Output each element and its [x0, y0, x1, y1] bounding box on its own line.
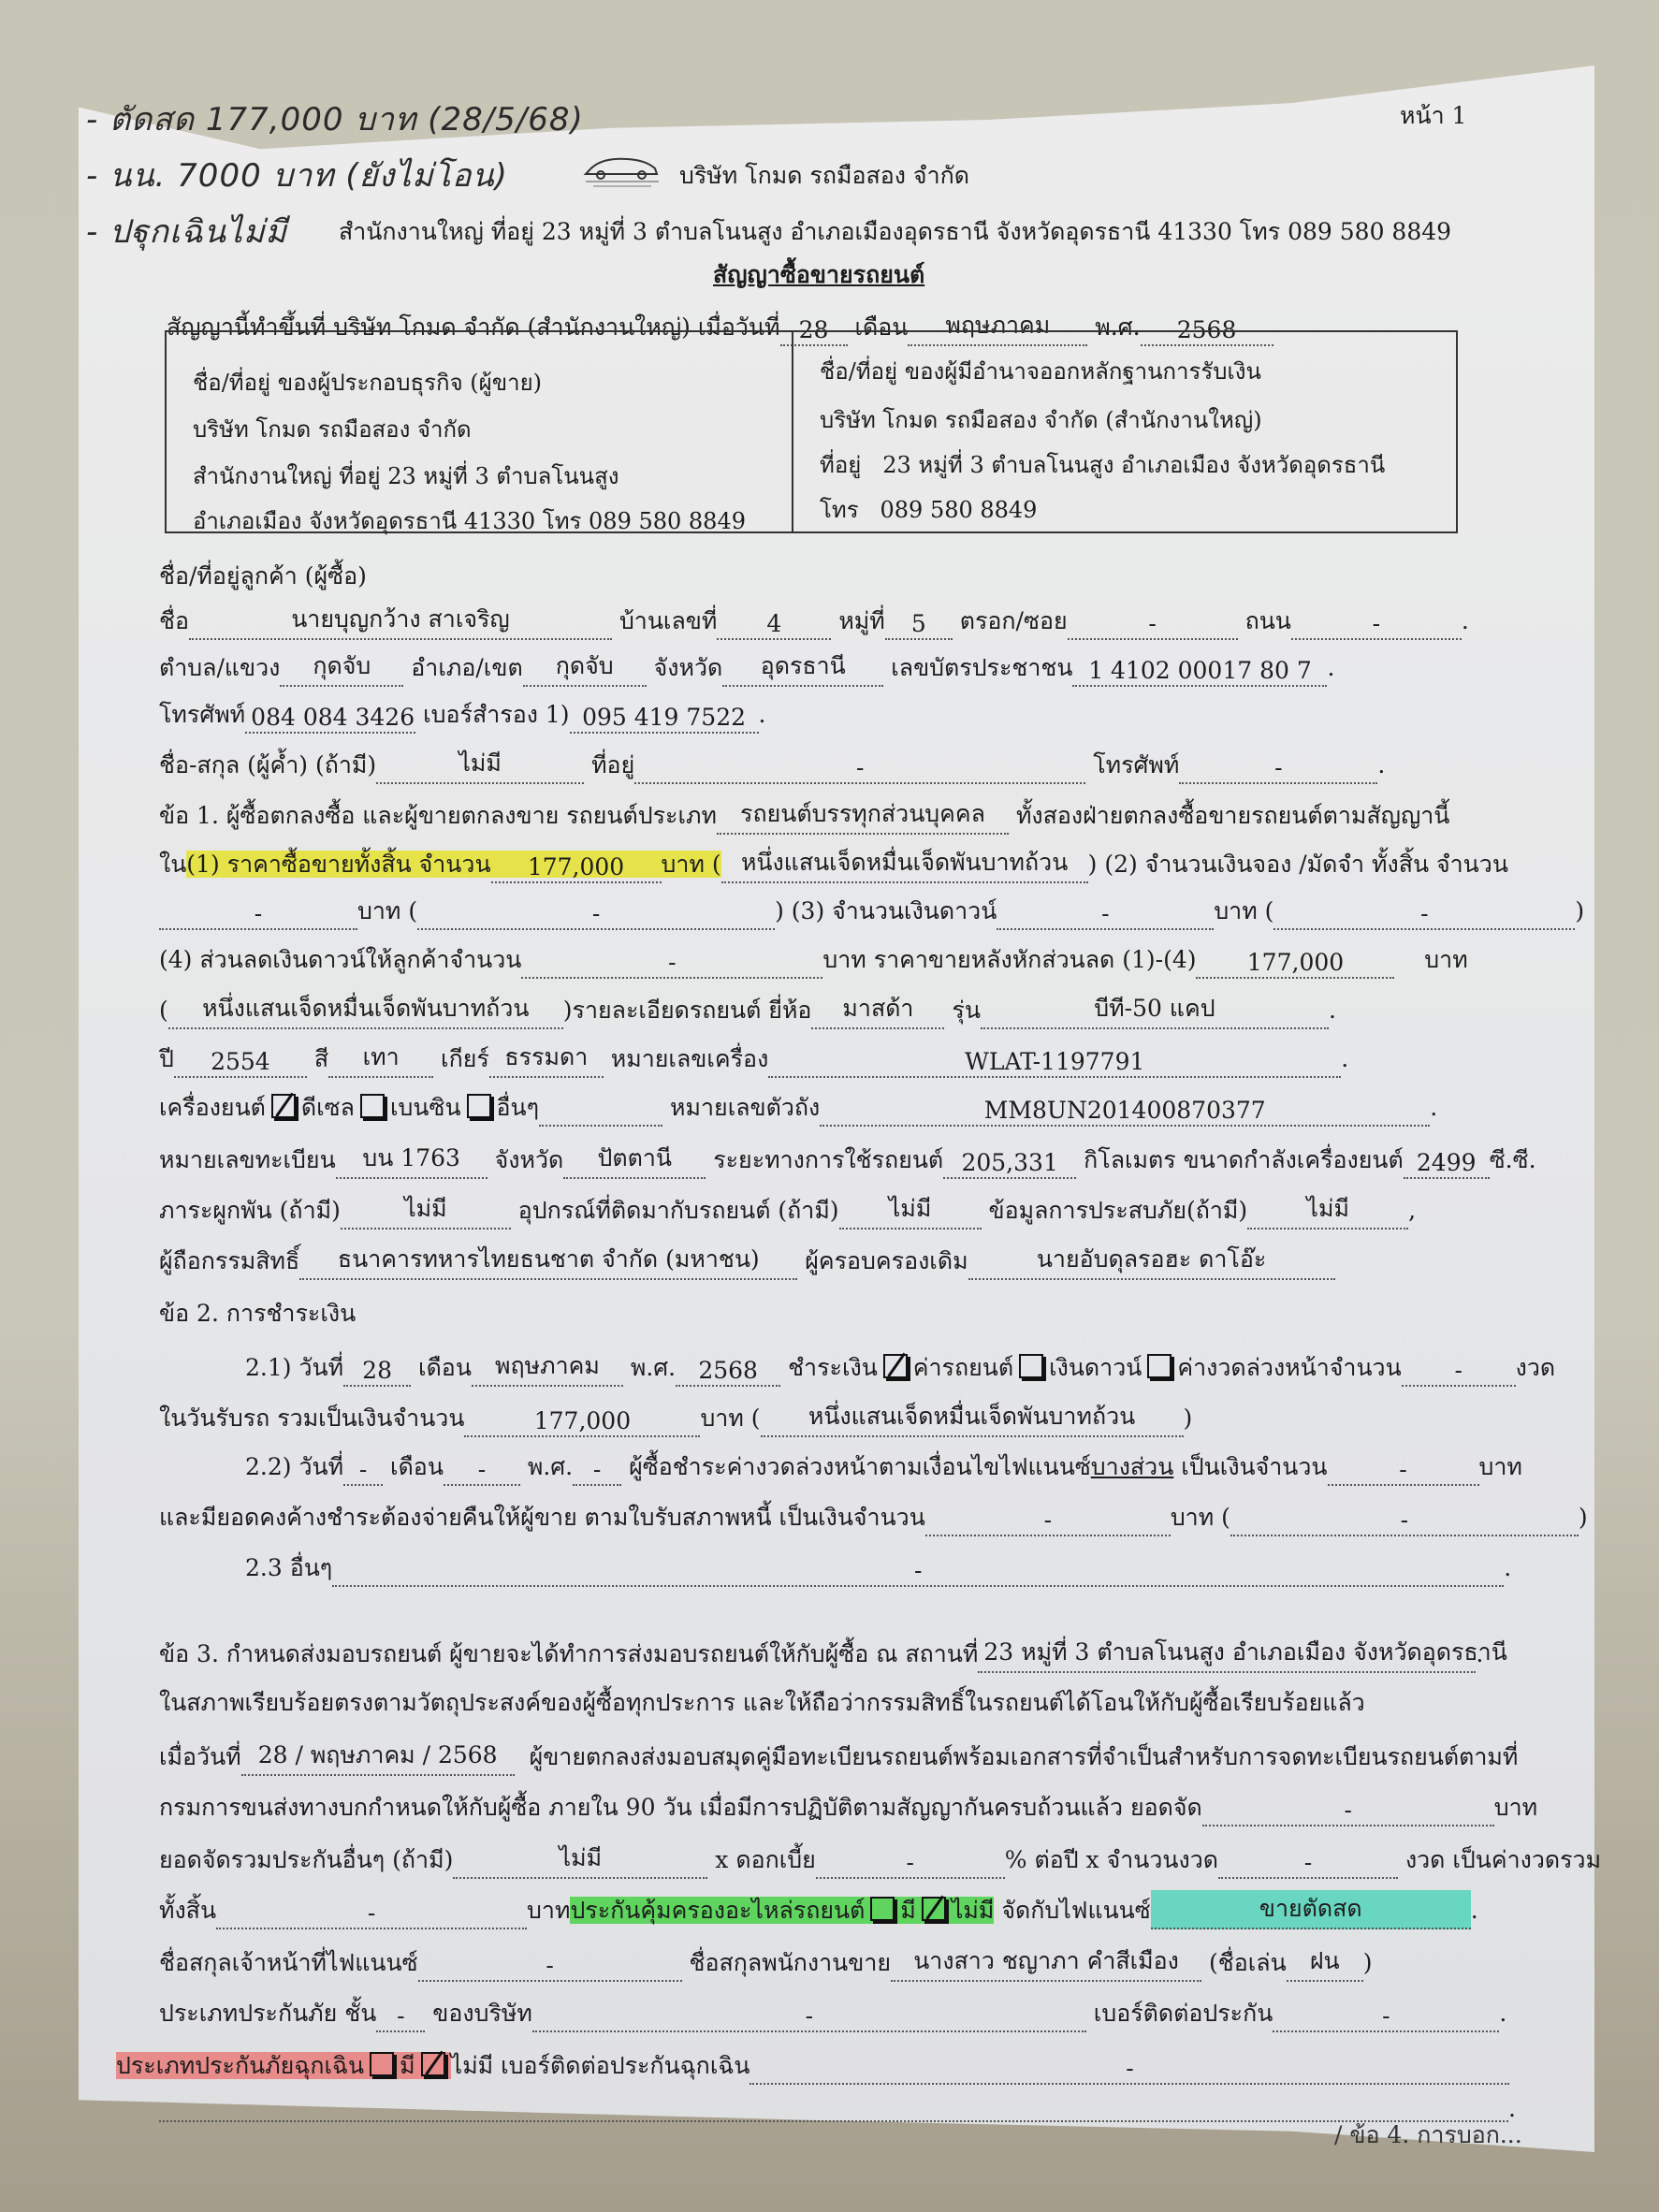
vehicle-color: เทา [328, 1039, 433, 1078]
total-on-delivery: 177,000 [464, 1407, 700, 1437]
blank-line [159, 2092, 1508, 2122]
salesperson: นางสาว ชญาภา คำสีเมือง [891, 1943, 1201, 1982]
finance-company: ขายตัดสด [1151, 1890, 1471, 1929]
previous-holder: นายอับดุลรอฮะ ดาโอ๊ะ [968, 1241, 1335, 1280]
guarantor-name: ไม่มี [376, 745, 584, 784]
sale-price-words: หนึ่งแสนเจ็ดหมื่นเจ็ดพันบาทถ้วน [721, 844, 1088, 883]
mileage: 205,331 [943, 1149, 1076, 1179]
discount-amount: - [521, 949, 822, 979]
vehicle-type: รถยนต์บรรทุกส่วนบุคคล [717, 795, 1009, 835]
buyer-id-number: 1 4102 00017 80 7 [1072, 657, 1327, 687]
company-logo [580, 152, 664, 189]
clause2-3-line: 2.3 อื่นๆ-. [245, 1550, 1511, 1587]
finance-amount: - [1202, 1797, 1494, 1826]
company-name: บริษัท โกมด รถมือสอง จำกัด [679, 157, 969, 195]
advance-amount: - [1328, 1456, 1479, 1486]
buyer-phone-line: โทรศัพท์084 084 3426 เบอร์สำรอง 1)095 41… [159, 696, 766, 734]
handwritten-note-1: - ตัดสด 177,000 บาท (28/5/68) [86, 94, 584, 144]
payment-day: 28 [343, 1357, 411, 1387]
clause3-officer-line: ชื่อสกุลเจ้าหน้าที่ไฟแนนซ์- ชื่อสกุลพนัก… [159, 1943, 1372, 1982]
clause3-date-line: เมื่อวันที่28 / พฤษภาคม / 2568 ผู้ขายตกล… [159, 1737, 1518, 1776]
clause1-discount-line: (4) ส่วนลดเงินดาวน์ให้ลูกค้าจำนวน-บาท รา… [159, 941, 1468, 979]
clause1-encumbrance-line: ภาระผูกพัน (ถ้ามี)ไม่มี อุปกรณ์ที่ติดมาก… [159, 1190, 1416, 1230]
buyer-road: - [1291, 610, 1462, 640]
number-of-installments: - [1218, 1849, 1398, 1879]
pay-down-payment-checkbox[interactable] [1019, 1354, 1043, 1378]
vehicle-model: บีที-50 แคป [981, 990, 1329, 1029]
fuel-other-checkbox[interactable] [467, 1094, 491, 1118]
total-on-delivery-words: หนึ่งแสนเจ็ดหมื่นเจ็ดพันบาทถ้วน [761, 1398, 1184, 1437]
emergency-insurance-highlight: ประเภทประกันภัยฉุกเฉินมี [116, 2052, 451, 2079]
emergency-insurance-yes-checkbox[interactable] [370, 2052, 394, 2076]
seller-info: ชื่อ/ที่อยู่ ของผู้ประกอบธุรกิจ (ผู้ขาย)… [167, 332, 793, 531]
insurance-contact: - [1273, 2002, 1499, 2032]
buyer-phone: 084 084 3426 [245, 704, 415, 734]
vehicle-year: 2554 [174, 1048, 307, 1078]
net-price: 177,000 [1196, 949, 1394, 979]
clause3-intro: ข้อ 3. กำหนดส่งมอบรถยนต์ ผู้ขายจะได้ทำกา… [159, 1634, 1483, 1673]
parts-insurance-no-checkbox[interactable] [922, 1897, 946, 1921]
outstanding-words: - [1230, 1506, 1579, 1536]
sale-price: 177,000 [491, 853, 662, 883]
price-highlight: (1) ราคาซื้อขายทั้งสิ้น จำนวน177,000บาท … [186, 851, 720, 878]
pay-car-price-checkbox[interactable] [883, 1354, 908, 1378]
payment-year: 2568 [676, 1357, 780, 1387]
deposit-amount: - [159, 900, 357, 930]
party-info-box: ชื่อ/ที่อยู่ ของผู้ประกอบธุรกิจ (ผู้ขาย)… [165, 330, 1458, 533]
buyer-district: กุดจับ [523, 648, 647, 687]
delivery-date: 28 / พฤษภาคม / 2568 [241, 1737, 515, 1776]
buyer-subdistrict: กุดจับ [280, 648, 403, 687]
head-office-address: สำนักงานใหญ่ ที่อยู่ 23 หมู่ที่ 3 ตำบลโน… [339, 213, 1451, 251]
continued-label: / ข้อ 4. การบอก... [1334, 2117, 1522, 2154]
buyer-alt-phone: 095 419 7522 [570, 704, 759, 734]
clause1-deposit-line: -บาท (-) (3) จำนวนเงินดาวน์-บาท (-) [159, 893, 1584, 930]
accessories: ไม่มี [839, 1190, 982, 1230]
emergency-contact: - [749, 2055, 1509, 2085]
clause1-owner-line: ผู้ถือกรรมสิทธิ์ธนาคารทหารไทยธนชาต จำกัด… [159, 1241, 1335, 1280]
pay-advance-installment-checkbox[interactable] [1147, 1354, 1171, 1378]
clause3-insurance-line: ประเภทประกันภัย ชั้น- ของบริษัท- เบอร์ติ… [159, 1995, 1506, 2032]
down-payment: - [997, 900, 1214, 930]
delivery-place: 23 หมู่ที่ 3 ตำบลโนนสูง อำเภอเมือง จังหว… [978, 1634, 1476, 1673]
engine-number: WLAT-1197791 [768, 1048, 1341, 1078]
handwritten-note-3: - ปฐุกเฉินไม่มี [86, 206, 287, 256]
fuel-benzine-checkbox[interactable] [360, 1094, 385, 1118]
buyer-address-line: ตำบล/แขวงกุดจับ อำเภอ/เขตกุดจับ จังหวัดอ… [159, 648, 1334, 687]
advance-installments: - [1402, 1357, 1516, 1387]
guarantor-phone: - [1179, 754, 1377, 784]
ownership-holder: ธนาคารทหารไทยธนชาต จำกัด (มหาชน) [299, 1241, 797, 1280]
other-insurance: ไม่มี [453, 1840, 707, 1879]
clause1-plate-line: หมายเลขทะเบียนบน 1763 จังหวัดปัตตานี ระย… [159, 1140, 1536, 1179]
buyer-section-title: ชื่อ/ที่อยู่ลูกค้า (ผู้ซื้อ) [159, 558, 367, 595]
payment-month: พฤษภาคม [472, 1347, 623, 1387]
parts-insurance-yes-checkbox[interactable] [870, 1897, 895, 1921]
guarantor-address: - [634, 754, 1085, 784]
clause3-interest-line: ยอดจัดรวมประกันอื่นๆ (ถ้ามี)ไม่มี x ดอกเ… [159, 1840, 1601, 1879]
buyer-name-line: ชื่อนายบุญกว้าง สาเจริญ บ้านเลขที่4 หมู่… [159, 601, 1469, 640]
engine-cc: 2499 [1404, 1149, 1490, 1179]
parts-insurance-highlight: ประกันคุ้มครองอะไหล่รถยนต์มีไม่มี [570, 1897, 994, 1924]
net-price-words: หนึ่งแสนเจ็ดหมื่นเจ็ดพันบาทถ้วน [168, 990, 563, 1029]
guarantor-line: ชื่อ-สกุล (ผู้ค้ำ) (ถ้ามี)ไม่มี ที่อยู่-… [159, 745, 1385, 784]
document-title: สัญญาซื้อขายรถยนต์ [713, 256, 924, 294]
receipt-issuer-info: ชื่อ/ที่อยู่ ของผู้มีอำนาจออกหลักฐานการร… [793, 332, 1456, 531]
plate-province: ปัตตานี [563, 1140, 706, 1179]
clause2-2-line: 2.2) วันที่- เดือน- พ.ศ.- ผู้ซื้อชำระค่า… [245, 1448, 1522, 1486]
plate-number: บน 1763 [336, 1140, 488, 1179]
encumbrance: ไม่มี [341, 1190, 511, 1230]
clause2-title: ข้อ 2. การชำระเงิน [159, 1295, 356, 1332]
outstanding-amount: - [925, 1506, 1171, 1536]
deposit-words: - [417, 900, 775, 930]
accident-info: ไม่มี [1247, 1190, 1408, 1230]
buyer-name: นายบุญกว้าง สาเจริญ [189, 601, 612, 640]
car-logo-icon [580, 152, 664, 189]
handwritten-note-2: - นน. 7000 บาท (ยังไม่โอน) [86, 150, 508, 200]
vehicle-gear: ธรรมดา [489, 1039, 604, 1078]
clause3-line4: กรมการขนส่งทางบกกำหนดให้กับผู้ซื้อ ภายใน… [159, 1789, 1537, 1826]
clause1-intro: ข้อ 1. ผู้ซื้อตกลงซื้อ และผู้ขายตกลงขาย … [159, 795, 1449, 835]
buyer-province: อุดรธานี [722, 648, 883, 687]
insurance-class: - [376, 2002, 425, 2032]
salesperson-nickname: ฝน [1287, 1943, 1363, 1982]
installment-total: - [216, 1899, 527, 1929]
clause2-outstanding-line: และมียอดคงค้างชำระต้องจ่ายคืนให้ผู้ขาย ต… [159, 1499, 1588, 1536]
clause3-emergency-line: ประเภทประกันภัยฉุกเฉินมีไม่มี เบอร์ติดต่… [116, 2047, 1509, 2085]
buyer-soi: - [1068, 610, 1238, 640]
clause3-line2: ในสภาพเรียบร้อยตรงตามวัตถุประสงค์ของผู้ซ… [159, 1684, 1365, 1722]
fuel-diesel-checkbox[interactable] [271, 1094, 296, 1118]
other-payment: - [332, 1557, 1504, 1587]
clause1-price-line: ใน(1) ราคาซื้อขายทั้งสิ้น จำนวน177,000บา… [159, 844, 1508, 883]
clause3-parts-insurance-line: ทั้งสิ้น-บาทประกันคุ้มครองอะไหล่รถยนต์มี… [159, 1890, 1478, 1929]
clause2-total-line: ในวันรับรถ รวมเป็นเงินจำนวน177,000บาท (ห… [159, 1398, 1192, 1437]
clause1-fuel-line: เครื่องยนต์ดีเซลเบนซินอื่นๆ หมายเลขตัวถั… [159, 1089, 1437, 1127]
interest-rate: - [816, 1849, 1005, 1879]
finance-officer: - [418, 1952, 682, 1982]
vehicle-brand: มาสด้า [811, 990, 944, 1029]
emergency-insurance-no-checkbox[interactable] [421, 2052, 445, 2076]
chassis-number: MM8UN201400870377 [820, 1097, 1430, 1127]
buyer-house-no: 4 [717, 610, 831, 640]
clause2-1-line: 2.1) วันที่28 เดือนพฤษภาคม พ.ศ.2568 ชำระ… [245, 1347, 1555, 1387]
page-label: หน้า 1 [1400, 97, 1466, 135]
clause1-spec-line: ปี2554 สีเทา เกียร์ธรรมดา หมายเลขเครื่อง… [159, 1039, 1348, 1078]
clause1-vehicle-line: (หนึ่งแสนเจ็ดหมื่นเจ็ดพันบาทถ้วน)รายละเอ… [159, 990, 1336, 1029]
insurance-company: - [532, 2002, 1086, 2032]
buyer-moo: 5 [885, 610, 953, 640]
down-payment-words: - [1273, 900, 1575, 930]
